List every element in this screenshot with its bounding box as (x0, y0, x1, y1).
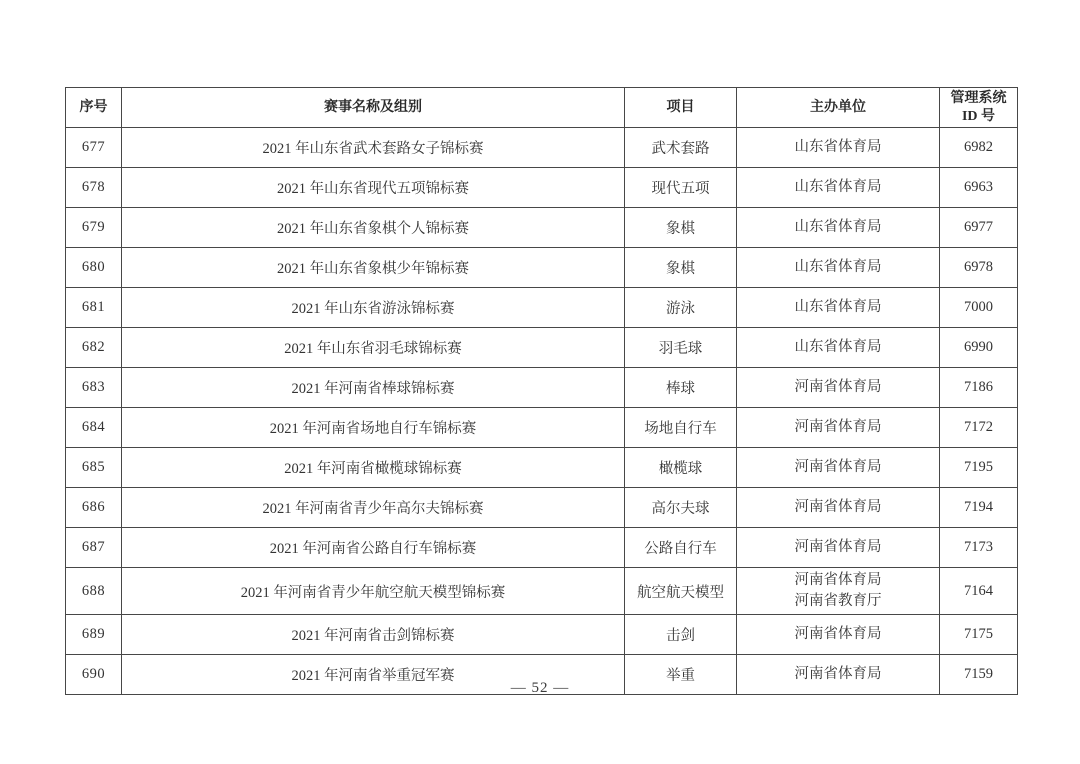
table-row: 679 2021 年山东省象棋个人锦标赛 象棋 山东省体育局 6977 (66, 208, 1018, 248)
cell-organizer: 河南省体育局 (737, 528, 940, 568)
table-row: 682 2021 年山东省羽毛球锦标赛 羽毛球 山东省体育局 6990 (66, 328, 1018, 368)
table-row: 684 2021 年河南省场地自行车锦标赛 场地自行车 河南省体育局 7172 (66, 408, 1018, 448)
cell-serial: 687 (66, 528, 122, 568)
cell-serial: 684 (66, 408, 122, 448)
cell-sport: 象棋 (625, 248, 737, 288)
cell-event-name: 2021 年山东省武术套路女子锦标赛 (122, 128, 625, 168)
cell-serial: 686 (66, 488, 122, 528)
table-row: 677 2021 年山东省武术套路女子锦标赛 武术套路 山东省体育局 6982 (66, 128, 1018, 168)
cell-system-id: 7194 (940, 488, 1018, 528)
cell-organizer: 山东省体育局 (737, 208, 940, 248)
document-page: 序号 赛事名称及组别 项目 主办单位 管理系统 ID 号 677 2021 年山… (0, 0, 1080, 764)
cell-event-name: 2021 年山东省象棋少年锦标赛 (122, 248, 625, 288)
cell-sport: 高尔夫球 (625, 488, 737, 528)
cell-serial: 680 (66, 248, 122, 288)
cell-system-id: 6982 (940, 128, 1018, 168)
cell-event-name: 2021 年河南省青少年高尔夫锦标赛 (122, 488, 625, 528)
table-row: 678 2021 年山东省现代五项锦标赛 现代五项 山东省体育局 6963 (66, 168, 1018, 208)
cell-organizer: 河南省体育局 (737, 368, 940, 408)
cell-organizer: 山东省体育局 (737, 328, 940, 368)
table-row: 687 2021 年河南省公路自行车锦标赛 公路自行车 河南省体育局 7173 (66, 528, 1018, 568)
cell-serial: 678 (66, 168, 122, 208)
header-event-name: 赛事名称及组别 (122, 88, 625, 128)
cell-serial: 685 (66, 448, 122, 488)
cell-sport: 航空航天模型 (625, 568, 737, 615)
cell-system-id: 6978 (940, 248, 1018, 288)
table-row: 688 2021 年河南省青少年航空航天模型锦标赛 航空航天模型 河南省体育局 … (66, 568, 1018, 615)
cell-sport: 击剑 (625, 615, 737, 655)
cell-event-name: 2021 年山东省象棋个人锦标赛 (122, 208, 625, 248)
cell-system-id: 7186 (940, 368, 1018, 408)
cell-organizer: 河南省体育局 (737, 615, 940, 655)
cell-organizer: 河南省体育局 (737, 408, 940, 448)
header-sport: 项目 (625, 88, 737, 128)
page-number: — 52 — (0, 680, 1080, 697)
cell-event-name: 2021 年河南省场地自行车锦标赛 (122, 408, 625, 448)
cell-organizer: 河南省体育局 (737, 488, 940, 528)
cell-system-id: 7000 (940, 288, 1018, 328)
table-row: 685 2021 年河南省橄榄球锦标赛 橄榄球 河南省体育局 7195 (66, 448, 1018, 488)
cell-event-name: 2021 年山东省现代五项锦标赛 (122, 168, 625, 208)
table-row: 686 2021 年河南省青少年高尔夫锦标赛 高尔夫球 河南省体育局 7194 (66, 488, 1018, 528)
cell-serial: 689 (66, 615, 122, 655)
table-row: 689 2021 年河南省击剑锦标赛 击剑 河南省体育局 7175 (66, 615, 1018, 655)
cell-organizer: 山东省体育局 (737, 248, 940, 288)
cell-sport: 现代五项 (625, 168, 737, 208)
cell-system-id: 7175 (940, 615, 1018, 655)
cell-system-id: 6963 (940, 168, 1018, 208)
cell-system-id: 6977 (940, 208, 1018, 248)
header-serial: 序号 (66, 88, 122, 128)
cell-event-name: 2021 年河南省击剑锦标赛 (122, 615, 625, 655)
cell-sport: 羽毛球 (625, 328, 737, 368)
cell-sport: 象棋 (625, 208, 737, 248)
cell-organizer: 山东省体育局 (737, 288, 940, 328)
cell-serial: 682 (66, 328, 122, 368)
table-row: 680 2021 年山东省象棋少年锦标赛 象棋 山东省体育局 6978 (66, 248, 1018, 288)
table-row: 681 2021 年山东省游泳锦标赛 游泳 山东省体育局 7000 (66, 288, 1018, 328)
cell-system-id: 7195 (940, 448, 1018, 488)
cell-serial: 688 (66, 568, 122, 615)
cell-organizer: 河南省体育局 (737, 448, 940, 488)
cell-event-name: 2021 年山东省羽毛球锦标赛 (122, 328, 625, 368)
cell-sport: 场地自行车 (625, 408, 737, 448)
header-system-id: 管理系统 ID 号 (940, 88, 1018, 128)
cell-organizer: 山东省体育局 (737, 168, 940, 208)
cell-event-name: 2021 年河南省青少年航空航天模型锦标赛 (122, 568, 625, 615)
cell-system-id: 6990 (940, 328, 1018, 368)
cell-sport: 棒球 (625, 368, 737, 408)
cell-event-name: 2021 年河南省棒球锦标赛 (122, 368, 625, 408)
cell-sport: 武术套路 (625, 128, 737, 168)
cell-organizer: 河南省体育局 河南省教育厅 (737, 568, 940, 615)
table-header-row: 序号 赛事名称及组别 项目 主办单位 管理系统 ID 号 (66, 88, 1018, 128)
cell-sport: 橄榄球 (625, 448, 737, 488)
cell-system-id: 7172 (940, 408, 1018, 448)
cell-organizer: 山东省体育局 (737, 128, 940, 168)
cell-sport: 游泳 (625, 288, 737, 328)
header-organizer: 主办单位 (737, 88, 940, 128)
cell-event-name: 2021 年河南省橄榄球锦标赛 (122, 448, 625, 488)
cell-serial: 683 (66, 368, 122, 408)
cell-serial: 677 (66, 128, 122, 168)
cell-event-name: 2021 年河南省公路自行车锦标赛 (122, 528, 625, 568)
cell-system-id: 7164 (940, 568, 1018, 615)
cell-sport: 公路自行车 (625, 528, 737, 568)
cell-event-name: 2021 年山东省游泳锦标赛 (122, 288, 625, 328)
events-table: 序号 赛事名称及组别 项目 主办单位 管理系统 ID 号 677 2021 年山… (65, 87, 1018, 695)
table-row: 683 2021 年河南省棒球锦标赛 棒球 河南省体育局 7186 (66, 368, 1018, 408)
cell-serial: 679 (66, 208, 122, 248)
cell-serial: 681 (66, 288, 122, 328)
cell-system-id: 7173 (940, 528, 1018, 568)
